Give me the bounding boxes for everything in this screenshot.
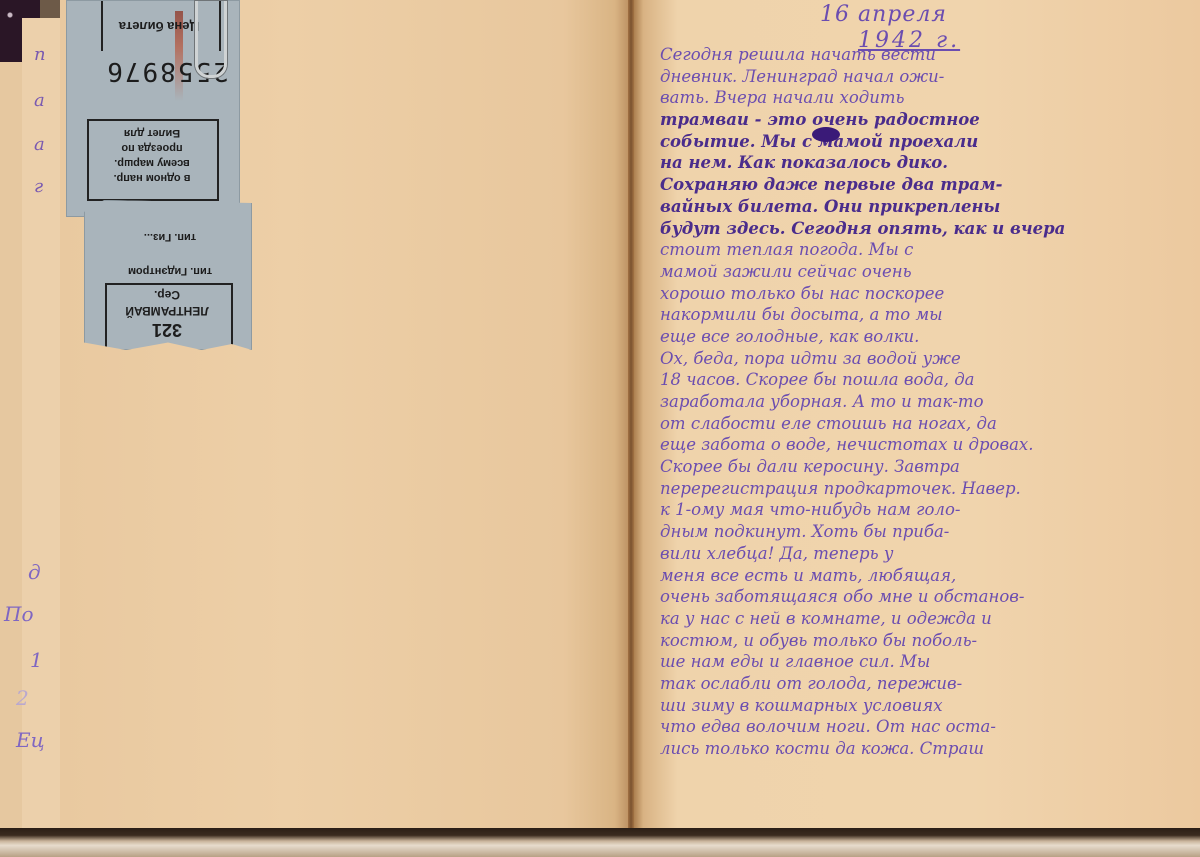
diary-line: Ох, беда, пора идти за водой уже <box>660 348 1195 370</box>
diary-line: от слабости еле стоишь на ногах, да <box>660 413 1195 435</box>
margin-letter: 1 <box>30 648 43 672</box>
diary-line: вать. Вчера начали ходить <box>660 87 1195 109</box>
margin-letter: а <box>34 92 45 110</box>
diary-line: меня все есть и мать, любящая, <box>660 565 1195 587</box>
diary-line: хорошо только бы нас поскорее <box>660 283 1195 305</box>
diary-line: стоит теплая погода. Мы с <box>660 239 1195 261</box>
diary-line: Сегодня решила начать вести <box>660 44 1195 66</box>
ticket-description: в одном напр. всему маршр. проезда по Би… <box>89 125 215 185</box>
margin-letter: Ец <box>16 728 45 752</box>
diary-line: событие. Мы с мамой проехали <box>660 131 1195 153</box>
diary-line: к 1-ому мая что-нибудь нам голо- <box>660 499 1195 521</box>
margin-letter: п <box>34 46 46 64</box>
diary-line: ше нам еды и главное сил. Мы <box>660 651 1195 673</box>
margin-letter: д <box>28 560 41 584</box>
diary-line: лись только кости да кожа. Страш <box>660 738 1195 760</box>
diary-line: перерегистрация продкарточек. Навер. <box>660 478 1195 500</box>
paper-clip-icon <box>195 1 227 78</box>
ticket-series-number: 321 <box>105 319 229 340</box>
diary-line: Сохраняю даже первые два трам- <box>660 174 1195 196</box>
diary-line: дным подкинут. Хоть бы приба- <box>660 521 1195 543</box>
ticket-printer-fragment: тип. Гиз... <box>95 231 245 243</box>
entry-body: Сегодня решила начать вести дневник. Лен… <box>660 44 1195 760</box>
diary-line: так ослабли от голода, пережив- <box>660 673 1195 695</box>
entry-date: 16 апреля <box>820 2 947 27</box>
diary-line: вайных билета. Они прикреплены <box>660 196 1195 218</box>
ticket-series-label: ЛЕНТРАМВАЙ Сер. <box>105 287 229 319</box>
diary-line: 18 часов. Скорее бы пошла вода, да <box>660 369 1195 391</box>
diary-line: еще забота о воде, нечистотах и дровах. <box>660 434 1195 456</box>
diary-line: будут здесь. Сегодня опять, как и вчера <box>660 218 1195 240</box>
diary-line: вили хлебца! Да, теперь у <box>660 543 1195 565</box>
margin-letter: а <box>34 136 45 154</box>
diary-line: очень заботящаяся обо мне и обстанов- <box>660 586 1195 608</box>
diary-line: мамой зажили сейчас очень <box>660 261 1195 283</box>
diary-line: накормили бы досыта, а то мы <box>660 304 1195 326</box>
diary-line: что едва волочим ноги. От нас оста- <box>660 716 1195 738</box>
margin-letter: 2 <box>16 686 29 710</box>
margin-letter: По <box>4 602 33 626</box>
diary-line: трамваи - это очень радостное <box>660 109 1195 131</box>
diary-line: ка у нас с ней в комнате, и одежда и <box>660 608 1195 630</box>
ink-blot <box>812 127 840 142</box>
diary-line: еще все голодные, как волки. <box>660 326 1195 348</box>
diary-line: на нем. Как показалось дико. <box>660 152 1195 174</box>
diary-line: ши зиму в кошмарных условиях <box>660 695 1195 717</box>
tram-ticket-2: тип. Гиз... тип. Гидэнтром ЛЕНТРАМВАЙ Се… <box>84 200 252 350</box>
diary-line: заработала уборная. А то и так-то <box>660 391 1195 413</box>
diary-line: дневник. Ленинград начал ожи- <box>660 66 1195 88</box>
diary-line: Скорее бы дали керосину. Завтра <box>660 456 1195 478</box>
ticket-printer: тип. Гидэнтром <box>95 265 245 277</box>
margin-letter: г <box>34 178 43 196</box>
tram-ticket-1: Цена билета 2558976 в одном напр. всему … <box>66 0 240 217</box>
book-bottom-edge <box>0 828 1200 857</box>
diary-line: костюм, и обувь только бы поболь- <box>660 630 1195 652</box>
book-gutter <box>628 0 634 833</box>
